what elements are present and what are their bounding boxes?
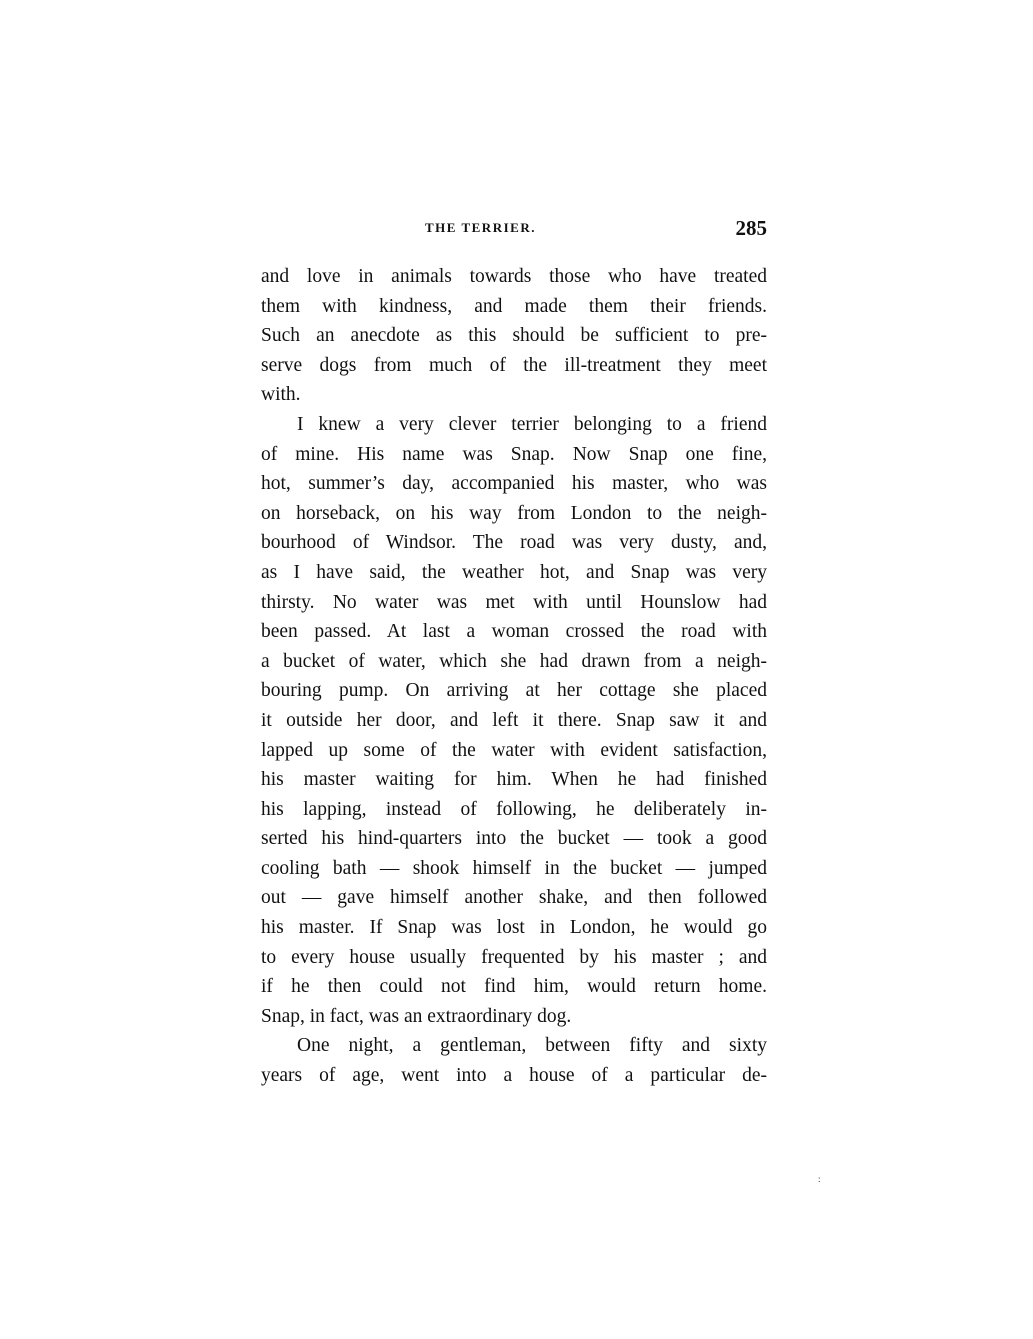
text-line: cooling bath — shook himself in the buck… bbox=[261, 854, 767, 884]
body-text: and love in animals towards those who ha… bbox=[261, 262, 767, 1091]
text-line: One night, a gentleman, between fifty an… bbox=[261, 1031, 767, 1061]
text-line: it outside her door, and left it there. … bbox=[261, 706, 767, 736]
running-title: THE TERRIER. bbox=[425, 220, 536, 236]
text-line: a bucket of water, which she had drawn f… bbox=[261, 647, 767, 677]
page-number: 285 bbox=[736, 216, 768, 241]
running-head: THE TERRIER. 285 bbox=[261, 216, 767, 246]
text-line: bourhood of Windsor. The road was very d… bbox=[261, 528, 767, 558]
text-line: as I have said, the weather hot, and Sna… bbox=[261, 558, 767, 588]
text-line: and love in animals towards those who ha… bbox=[261, 262, 767, 292]
text-line: I knew a very clever terrier belonging t… bbox=[261, 410, 767, 440]
text-line: out — gave himself another shake, and th… bbox=[261, 883, 767, 913]
stray-ink-mark: : bbox=[818, 1174, 821, 1184]
text-line: with. bbox=[261, 380, 767, 410]
paragraph-3: One night, a gentleman, between fifty an… bbox=[261, 1031, 767, 1090]
text-line: been passed. At last a woman crossed the… bbox=[261, 617, 767, 647]
text-line: his lapping, instead of following, he de… bbox=[261, 795, 767, 825]
text-line: them with kindness, and made them their … bbox=[261, 292, 767, 322]
text-line: Such an anecdote as this should be suffi… bbox=[261, 321, 767, 351]
text-line: bouring pump. On arriving at her cottage… bbox=[261, 676, 767, 706]
text-line: serted his hind-quarters into the bucket… bbox=[261, 824, 767, 854]
text-line: if he then could not find him, would ret… bbox=[261, 972, 767, 1002]
book-page: THE TERRIER. 285 and love in animals tow… bbox=[261, 216, 767, 1091]
text-line: lapped up some of the water with evident… bbox=[261, 736, 767, 766]
text-line: thirsty. No water was met with until Hou… bbox=[261, 588, 767, 618]
text-line: his master. If Snap was lost in London, … bbox=[261, 913, 767, 943]
text-line: to every house usually frequented by his… bbox=[261, 943, 767, 973]
text-line: his master waiting for him. When he had … bbox=[261, 765, 767, 795]
text-line: hot, summer’s day, accompanied his maste… bbox=[261, 469, 767, 499]
text-line: on horseback, on his way from London to … bbox=[261, 499, 767, 529]
text-line: of mine. His name was Snap. Now Snap one… bbox=[261, 440, 767, 470]
text-line: years of age, went into a house of a par… bbox=[261, 1061, 767, 1091]
paragraph-1: and love in animals towards those who ha… bbox=[261, 262, 767, 410]
text-line: Snap, in fact, was an extraordinary dog. bbox=[261, 1002, 767, 1032]
paragraph-2: I knew a very clever terrier belonging t… bbox=[261, 410, 767, 1031]
text-line: serve dogs from much of the ill-treatmen… bbox=[261, 351, 767, 381]
